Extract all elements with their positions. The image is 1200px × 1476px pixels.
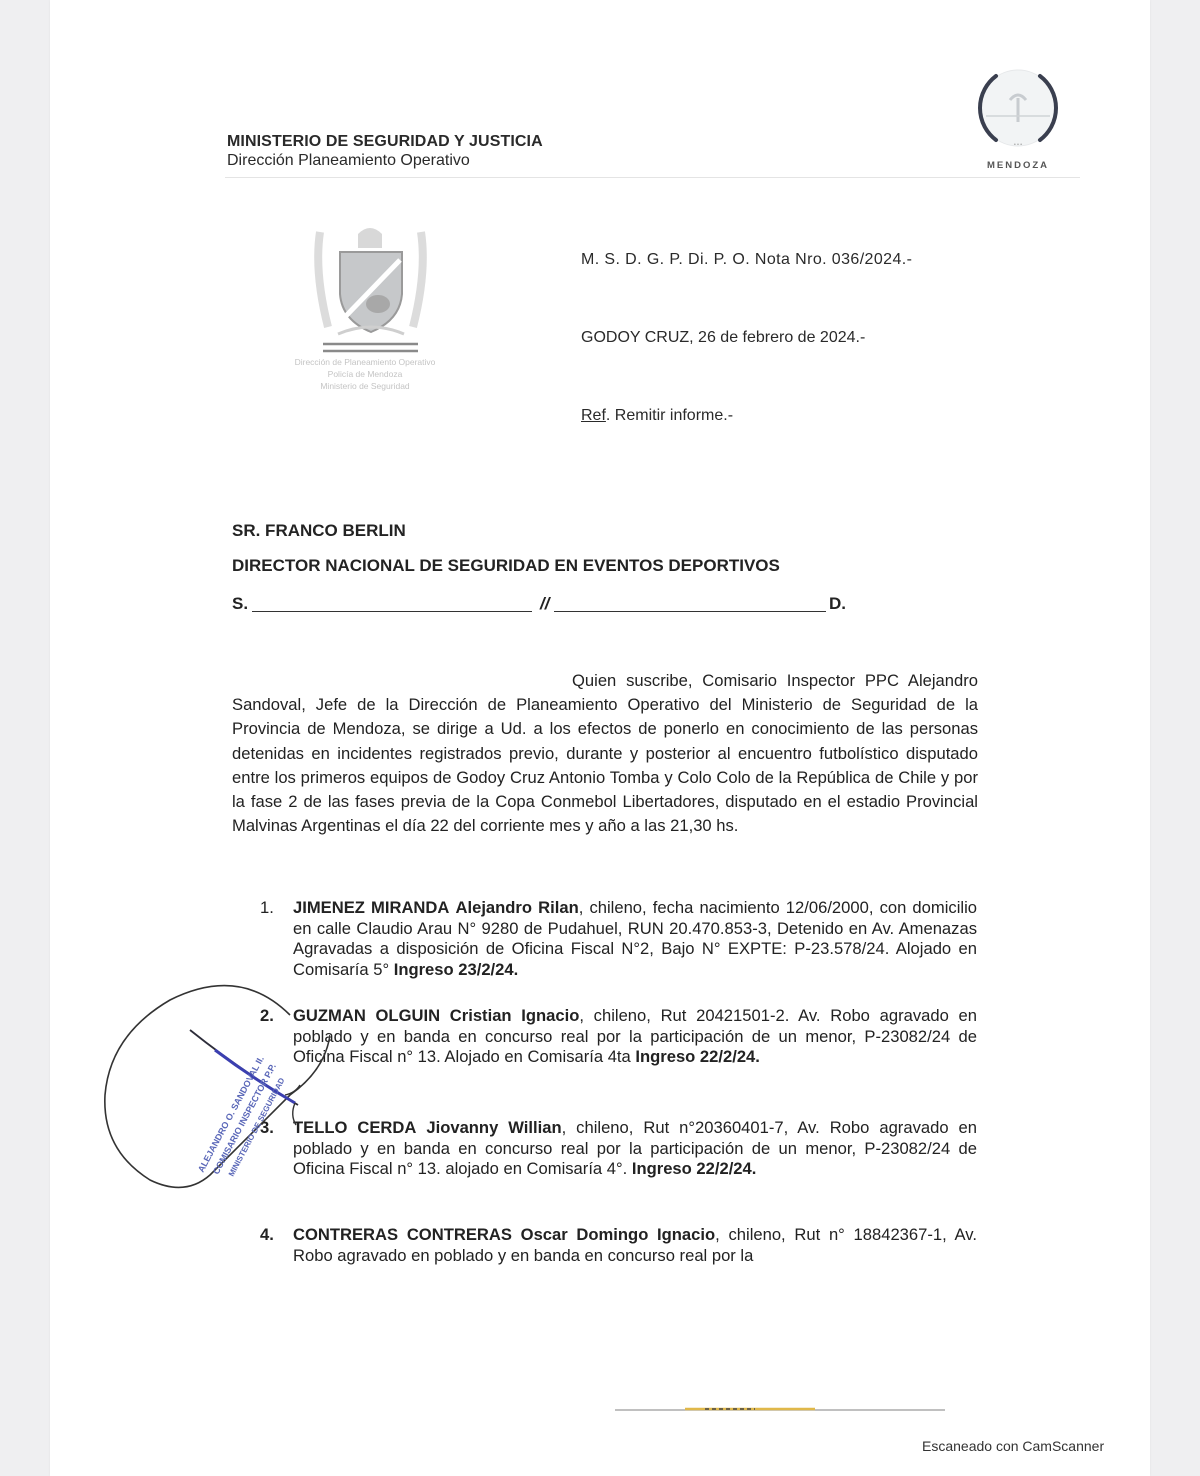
svg-text:• • •: • • •	[1014, 142, 1022, 148]
detainee-surname: CONTRERAS CONTRERAS	[293, 1225, 512, 1244]
salute-start: S.	[232, 594, 248, 614]
detainee-given-names: Cristian Ignacio	[450, 1006, 580, 1025]
list-item-text: TELLO CERDA Jiovanny Willian, chileno, R…	[293, 1118, 977, 1180]
list-item-number: 4.	[260, 1225, 290, 1246]
detainee-ingreso: Ingreso 22/2/24.	[632, 1159, 757, 1178]
place-date: GODOY CRUZ, 26 de febrero de 2024.-	[581, 329, 865, 347]
addressee-title: DIRECTOR NACIONAL DE SEGURIDAD EN EVENTO…	[232, 556, 780, 576]
crest-caption: Dirección de Planeamiento Operativo Poli…	[250, 356, 480, 392]
detainee-given-names: Oscar Domingo Ignacio	[521, 1225, 715, 1244]
detainee-ingreso: Ingreso 23/2/24.	[394, 960, 519, 979]
crest-caption-line: Ministerio de Seguridad	[250, 380, 480, 392]
salutation-line: S. // D.	[232, 592, 862, 616]
police-crest-icon	[308, 222, 433, 362]
salute-end: D.	[829, 594, 846, 614]
crest-caption-line: Policía de Mendoza	[250, 368, 480, 380]
ministry-name: MINISTERIO DE SEGURIDAD Y JUSTICIA	[227, 133, 543, 151]
reference-label: Ref	[581, 407, 606, 424]
stamp-line: ALEJANDRO O. SANDOVAL II.	[196, 1054, 266, 1174]
list-item-text: CONTRERAS CONTRERAS Oscar Domingo Ignaci…	[293, 1225, 977, 1266]
mendoza-coat-of-arms-icon: • • •	[968, 58, 1068, 158]
salute-separator: //	[540, 594, 549, 614]
camscanner-watermark: Escaneado con CamScanner	[922, 1438, 1104, 1454]
body-paragraph: Quien suscribe, Comisario Inspector PPC …	[232, 669, 978, 838]
detainee-given-names: Jiovanny Willian	[426, 1118, 561, 1137]
note-number: M. S. D. G. P. Di. P. O. Nota Nro. 036/2…	[581, 251, 912, 269]
signature-stamp-icon: ALEJANDRO O. SANDOVAL II. COMISARIO INSP…	[90, 975, 330, 1195]
detainee-surname: JIMENEZ MIRANDA	[293, 898, 449, 917]
detainee-ingreso: Ingreso 22/2/24.	[635, 1047, 760, 1066]
direction-name: Dirección Planeamiento Operativo	[227, 152, 470, 170]
crest-caption-line: Dirección de Planeamiento Operativo	[250, 356, 480, 368]
addressee-name: SR. FRANCO BERLIN	[232, 521, 406, 541]
reference: Ref. Remitir informe.-	[581, 407, 733, 425]
list-item-number: 1.	[260, 898, 290, 919]
detainee-given-names: Alejandro Rilan	[456, 898, 579, 917]
mendoza-label: MENDOZA	[972, 160, 1064, 171]
signature-line	[615, 1405, 945, 1413]
document-page: MINISTERIO DE SEGURIDAD Y JUSTICIA Direc…	[50, 0, 1150, 1476]
list-item-text: GUZMAN OLGUIN Cristian Ignacio, chileno,…	[293, 1006, 977, 1068]
salute-rule	[252, 611, 532, 612]
reference-text: . Remitir informe.-	[606, 407, 733, 424]
list-item-text: JIMENEZ MIRANDA Alejandro Rilan, chileno…	[293, 898, 977, 980]
salute-rule	[554, 611, 826, 612]
header-divider	[225, 177, 1080, 178]
